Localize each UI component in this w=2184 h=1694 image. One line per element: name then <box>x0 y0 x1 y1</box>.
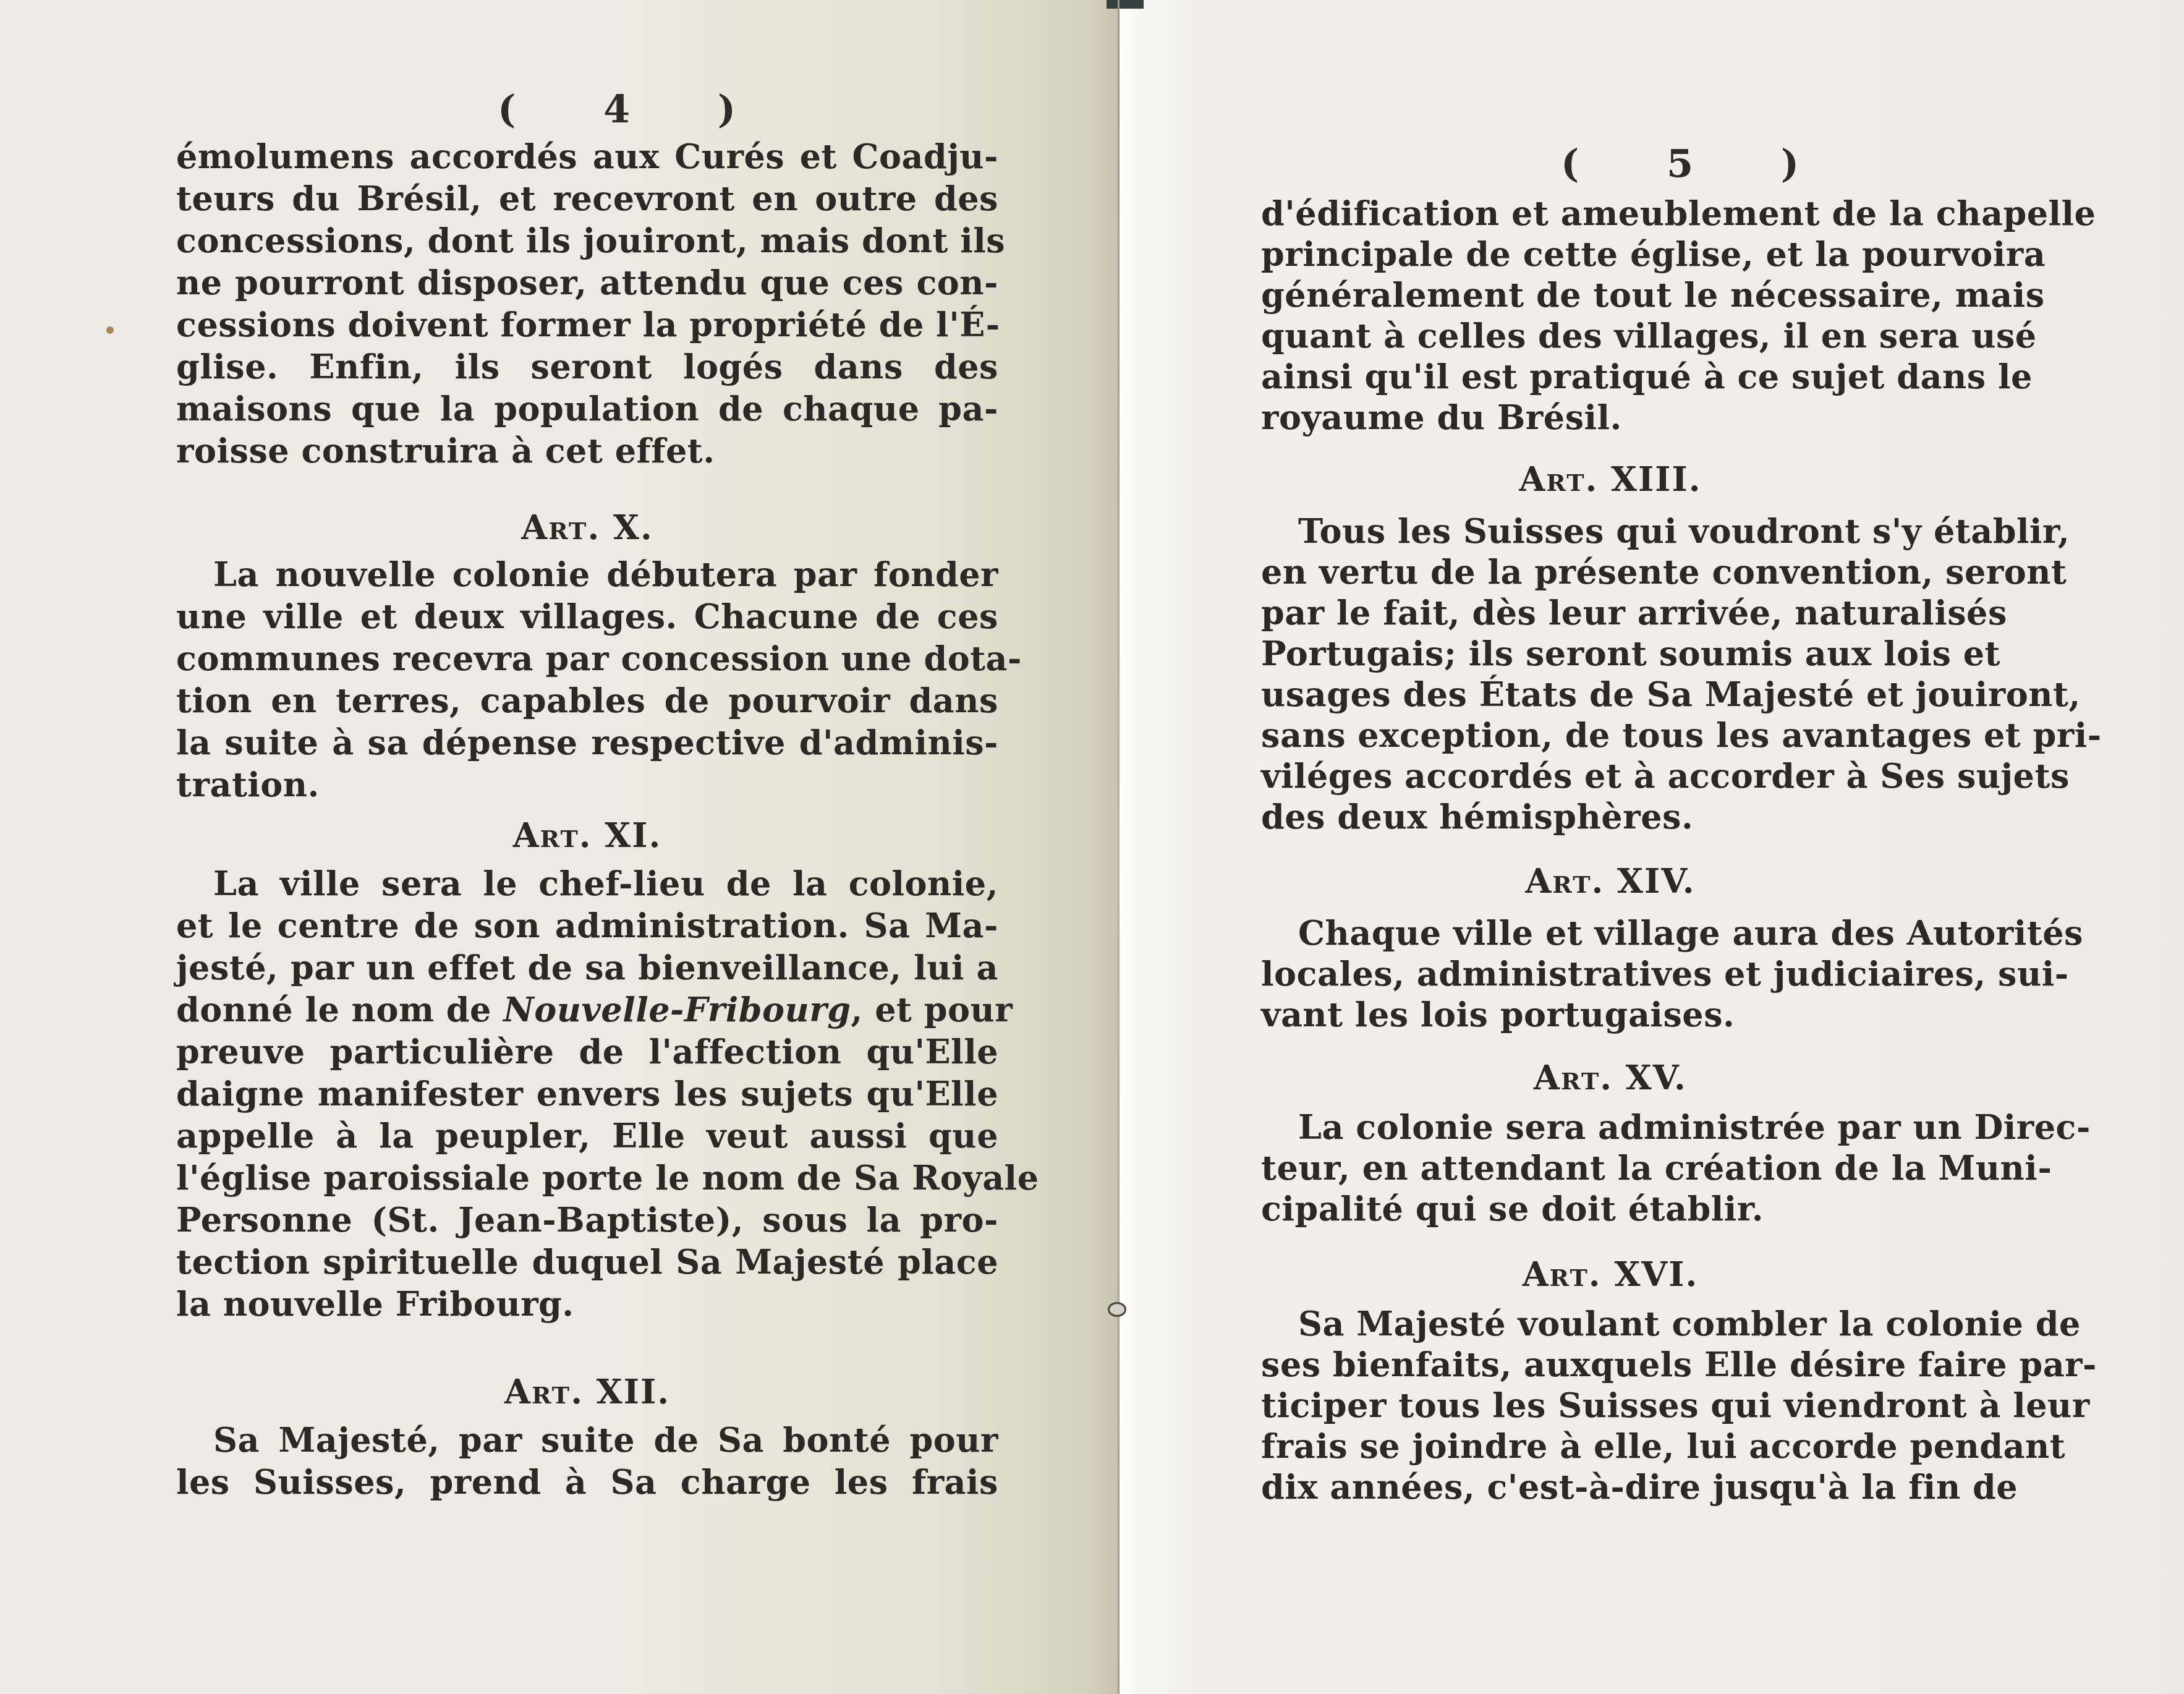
text-line: communes recevra par concession une dota… <box>176 638 998 679</box>
text-line: la suite à sa dépense respective d'admin… <box>176 722 998 763</box>
article-heading: Art. XVI. <box>1261 1254 1960 1295</box>
text-line: teur, en attendant la création de la Mun… <box>1261 1147 1960 1188</box>
text-line: tection spirituelle duquel Sa Majesté pl… <box>176 1241 998 1282</box>
text-line: généralement de tout le nécessaire, mais <box>1261 275 1960 315</box>
article-heading: Art. XV. <box>1261 1057 1960 1098</box>
text-line: concessions, dont ils jouiront, mais don… <box>176 220 998 261</box>
place-name-italic: Nouvelle-Fribourg <box>503 990 851 1029</box>
article-heading: Art. XII. <box>176 1371 998 1412</box>
text-line: viléges accordés et à accorder à Ses suj… <box>1261 755 1960 796</box>
text-line: usages des États de Sa Majesté et jouiro… <box>1261 674 1960 715</box>
text-line: Tous les Suisses qui voudront s'y établi… <box>1261 511 1960 551</box>
article-heading: Art. XIII. <box>1261 459 1960 500</box>
text-line: donné le nom de Nouvelle-Fribourg, et po… <box>176 989 998 1030</box>
text-fragment: donné le nom de <box>176 990 491 1029</box>
article-heading: Art. X. <box>176 507 998 548</box>
text-line: daigne manifester envers les sujets qu'E… <box>176 1073 998 1114</box>
text-line: émolumens accordés aux Curés et Coadju- <box>176 136 998 177</box>
text-line: vant les lois portugaises. <box>1261 994 1960 1035</box>
text-line: en vertu de la présente convention, sero… <box>1261 551 1960 592</box>
text-line: La nouvelle colonie débutera par fonder <box>176 554 998 595</box>
text-line: ne pourront disposer, attendu que ces co… <box>176 262 998 303</box>
binding-thread <box>1108 1302 1126 1317</box>
text-line: dix années, c'est-à-dire jusqu'à la fin … <box>1261 1466 1960 1507</box>
text-line: appelle à la peupler, Elle veut aussi qu… <box>176 1115 998 1156</box>
text-line: teurs du Brésil, et recevront en outre d… <box>176 178 998 219</box>
right-page: ( 5 ) d'édification et ameublement de la… <box>1119 0 2184 1694</box>
text-line: l'église paroissiale porte le nom de Sa … <box>176 1157 998 1198</box>
article-heading: Art. XIV. <box>1261 861 1960 901</box>
left-page: ( 4 ) émolumens accordés aux Curés et Co… <box>0 0 1119 1694</box>
text-line: La colonie sera administrée par un Direc… <box>1261 1107 1960 1147</box>
text-line: preuve particulière de l'affection qu'El… <box>176 1031 998 1072</box>
text-line: royaume du Brésil. <box>1261 397 1960 438</box>
text-line: La ville sera le chef-lieu de la colonie… <box>176 863 998 904</box>
text-line: tration. <box>176 764 998 805</box>
text-line: Portugais; ils seront soumis aux lois et <box>1261 633 1960 674</box>
text-line: une ville et deux villages. Chacune de c… <box>176 596 998 637</box>
text-line: Chaque ville et village aura des Autorit… <box>1261 913 1960 953</box>
text-line: Sa Majesté, par suite de Sa bonté pour <box>176 1419 998 1460</box>
text-line: d'édification et ameublement de la chape… <box>1261 193 1960 234</box>
text-line: jesté, par un effet de sa bienveillance,… <box>176 947 998 988</box>
text-line: sans exception, de tous les avantages et… <box>1261 715 1960 755</box>
text-fragment: , et pour <box>851 990 1013 1029</box>
binding-edge <box>1107 0 1144 9</box>
gutter-seam <box>1118 0 1120 1694</box>
text-line: Sa Majesté voulant combler la colonie de <box>1261 1303 1960 1344</box>
text-line: Personne (St. Jean-Baptiste), sous la pr… <box>176 1199 998 1240</box>
text-line: la nouvelle Fribourg. <box>176 1283 998 1324</box>
text-line: des deux hémisphères. <box>1261 796 1960 837</box>
article-heading: Art. XI. <box>176 815 998 856</box>
text-line: ses bienfaits, auxquels Elle désire fair… <box>1261 1344 1960 1385</box>
text-line: ticiper tous les Suisses qui viendront à… <box>1261 1385 1960 1426</box>
text-line: et le centre de son administration. Sa M… <box>176 905 998 946</box>
text-line: quant à celles des villages, il en sera … <box>1261 315 1960 356</box>
page-number: ( 5 ) <box>1561 141 1836 186</box>
text-line: frais se joindre à elle, lui accorde pen… <box>1261 1426 1960 1466</box>
text-line: glise. Enfin, ils seront logés dans des <box>176 346 998 387</box>
text-line: locales, administratives et judiciaires,… <box>1261 953 1960 994</box>
text-line: cessions doivent former la propriété de … <box>176 304 998 345</box>
page-number: ( 4 ) <box>498 87 773 132</box>
text-line: ainsi qu'il est pratiqué à ce sujet dans… <box>1261 356 1960 397</box>
text-line: les Suisses, prend à Sa charge les frais <box>176 1462 998 1502</box>
text-line: roisse construira à cet effet. <box>176 430 998 471</box>
paper-speck <box>106 326 114 334</box>
text-line: principale de cette église, et la pourvo… <box>1261 234 1960 275</box>
text-line: maisons que la population de chaque pa- <box>176 388 998 429</box>
text-line: cipalité qui se doit établir. <box>1261 1188 1960 1229</box>
text-line: par le fait, dès leur arrivée, naturalis… <box>1261 592 1960 633</box>
text-line: tion en terres, capables de pourvoir dan… <box>176 680 998 721</box>
